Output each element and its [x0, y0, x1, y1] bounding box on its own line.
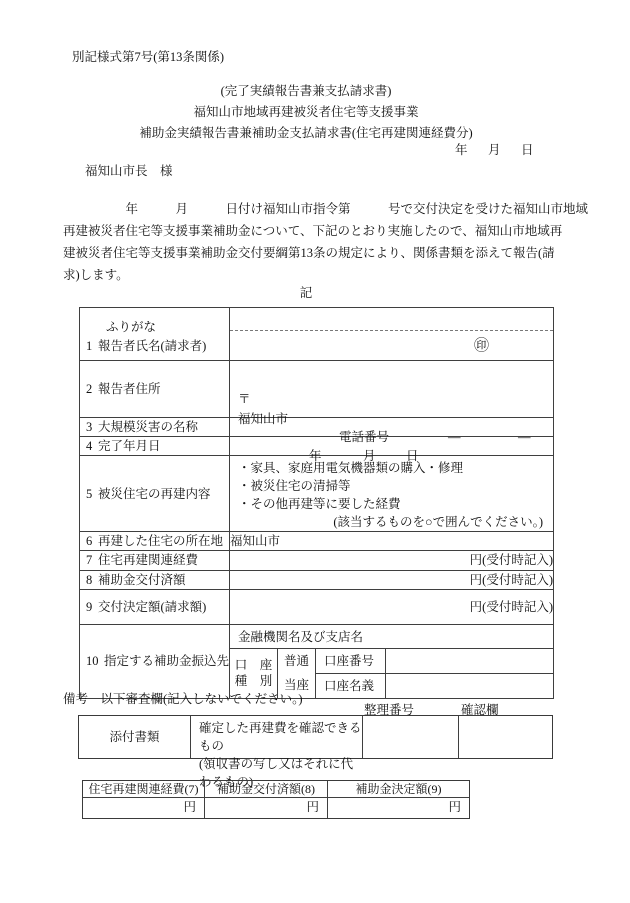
row5-label-cell: 5 被災住宅の再建内容	[80, 456, 230, 532]
transfer-account-label: 指定する補助金振込先	[104, 652, 229, 670]
reporter-name-label: 報告者氏名(請求者)	[98, 337, 206, 355]
document-title-line-2: 福知山市地域再建被災者住宅等支援事業	[0, 103, 612, 121]
row-number: 5	[80, 485, 98, 503]
completion-date-field: 年 月 日	[230, 437, 554, 456]
related-expense-field: 円(受付時記入)	[230, 551, 554, 570]
reconstruction-content-field: ・家具、家庭用電気機器類の購入・修理 ・被災住宅の清掃等 ・その他再建等に要した…	[230, 456, 554, 532]
attachment-label: 添付書類	[79, 716, 191, 758]
body-paragraph: 年 月 日付け福知山市指令第 号で交付決定を受けた福知山市地域 再建被災者住宅等…	[63, 198, 573, 286]
address-value: 福知山市	[238, 410, 288, 428]
furigana-label: ふりがな	[80, 313, 229, 337]
document-title-line-3: 補助金実績報告書兼補助金支払請求書(住宅再建関連経費分)	[0, 124, 612, 142]
furigana-fill-area	[230, 308, 553, 331]
reporter-address-label: 報告者住所	[98, 380, 161, 398]
housing-location-field: 福知山市	[230, 532, 554, 551]
main-table: ふりがな 1 報告者氏名(請求者) ㊞ 2 報告者住所	[79, 307, 554, 699]
account-type-line: 種 別	[235, 673, 273, 689]
related-expense-label: 住宅再建関連経費	[98, 551, 198, 569]
account-number-fill-cell	[386, 649, 553, 673]
body-line: 年 月 日付け福知山市指令第 号で交付決定を受けた福知山市地域	[63, 198, 573, 220]
attachment-description-line: 確定した再建費を確認できるもの	[199, 719, 362, 755]
reporter-name-field: ㊞	[230, 308, 554, 361]
row-number: 9	[80, 598, 98, 616]
summary-header-subsidy-decided: 補助金決定額(9)	[328, 781, 469, 797]
disaster-name-label: 大規模災害の名称	[98, 418, 198, 436]
section-mark: 記	[0, 284, 612, 302]
subsidy-paid-field: 円(受付時記入)	[230, 570, 554, 589]
addressee: 福知山市長 様	[85, 162, 173, 180]
body-line: 建被災者住宅等支援事業補助金交付要綱第13条の規定により、関係書類を添えて報告(…	[63, 242, 573, 264]
summary-unit-cell: 円	[83, 798, 205, 818]
postal-mark: 〒	[238, 390, 251, 408]
date-month-label: 月	[488, 141, 501, 159]
phone-dash: —	[448, 428, 461, 446]
row2-label-cell: 2 報告者住所	[80, 361, 230, 418]
summary-header-subsidy-paid: 補助金交付済額(8)	[205, 781, 328, 797]
reconstruction-item: ・被災住宅の清掃等	[238, 477, 545, 495]
row10-label-cell: 10 指定する補助金振込先	[80, 624, 230, 698]
remarks-note: 備考 以下審査欄(記入しないでください。)	[63, 690, 303, 708]
completion-day-label: 日	[406, 447, 419, 465]
date-year-label: 年	[455, 141, 468, 159]
name-fill-area: ㊞	[230, 331, 553, 360]
row-number: 4	[80, 437, 98, 455]
transfer-account-field: 金融機関名及び支店名 口 座 種 別 普通 当座 口座番号	[230, 624, 554, 698]
summary-header-related-expense: 住宅再建関連経費(7)	[83, 781, 205, 797]
row-number: 3	[80, 418, 98, 436]
row-number: 2	[80, 380, 98, 398]
phone-label: 電話番号	[339, 428, 389, 446]
reconstruction-item: ・家具、家庭用電気機器類の購入・修理	[238, 459, 545, 477]
row1-label-cell: ふりがな 1 報告者氏名(請求者)	[80, 308, 230, 361]
document-title-line-1: (完了実績報告書兼支払請求書)	[0, 82, 612, 100]
form-page: 別記様式第7号(第13条関係) (完了実績報告書兼支払請求書) 福知山市地域再建…	[0, 0, 630, 903]
row8-label-cell: 8 補助金交付済額	[80, 570, 230, 589]
account-number-label: 口座番号	[316, 649, 386, 673]
reconstruction-content-label: 被災住宅の再建内容	[98, 485, 211, 503]
housing-location-label: 再建した住宅の所在地	[98, 532, 223, 550]
row-number: 1	[80, 337, 98, 355]
body-line: 求)します。	[63, 264, 573, 286]
summary-unit-cell: 円	[205, 798, 328, 818]
bank-branch-label: 金融機関名及び支店名	[230, 625, 553, 649]
seal-mark-icon: ㊞	[474, 336, 489, 358]
attachment-table: 添付書類 確定した再建費を確認できるもの (領収書の写し又はそれに代わるもの)	[78, 715, 553, 759]
summary-unit-cell: 円	[328, 798, 469, 818]
row9-label-cell: 9 交付決定額(請求額)	[80, 589, 230, 624]
summary-table: 住宅再建関連経費(7) 補助金交付済額(8) 補助金決定額(9) 円 円 円	[82, 780, 470, 819]
account-holder-fill-cell	[386, 674, 553, 698]
reporter-address-field: 〒 福知山市 電話番号 — —	[230, 361, 554, 418]
row-number: 10	[80, 652, 104, 670]
phone-dash: —	[518, 428, 531, 446]
circle-instruction-note: (該当するものを○で囲んでください。)	[238, 513, 545, 531]
row4-label-cell: 4 完了年月日	[80, 437, 230, 456]
date-day-label: 日	[521, 141, 534, 159]
row-number: 8	[80, 571, 98, 589]
account-type-line: 口 座	[235, 657, 273, 673]
subsidy-paid-label: 補助金交付済額	[98, 571, 186, 589]
row3-label-cell: 3 大規模災害の名称	[80, 418, 230, 437]
account-holder-label: 口座名義	[316, 674, 386, 698]
row-number: 6	[80, 532, 98, 550]
account-type-ordinary: 普通	[284, 652, 309, 670]
body-line: 再建被災者住宅等支援事業補助金について、下記のとおり実施したので、福知山市地域再	[63, 220, 573, 242]
completion-date-label: 完了年月日	[98, 437, 161, 455]
grant-decision-field: 円(受付時記入)	[230, 589, 554, 624]
row6-label-cell: 6 再建した住宅の所在地	[80, 532, 230, 551]
form-number: 別記様式第7号(第13条関係)	[72, 48, 224, 66]
reconstruction-item: ・その他再建等に要した経費	[238, 495, 545, 513]
confirmation-fill-cell	[459, 716, 552, 758]
row7-label-cell: 7 住宅再建関連経費	[80, 551, 230, 570]
attachment-description: 確定した再建費を確認できるもの (領収書の写し又はそれに代わるもの)	[191, 716, 363, 758]
completion-month-label: 月	[363, 447, 376, 465]
row-number: 7	[80, 551, 98, 569]
serial-number-fill-cell	[363, 716, 459, 758]
completion-year-label: 年	[309, 447, 322, 465]
grant-decision-label: 交付決定額(請求額)	[98, 598, 206, 616]
